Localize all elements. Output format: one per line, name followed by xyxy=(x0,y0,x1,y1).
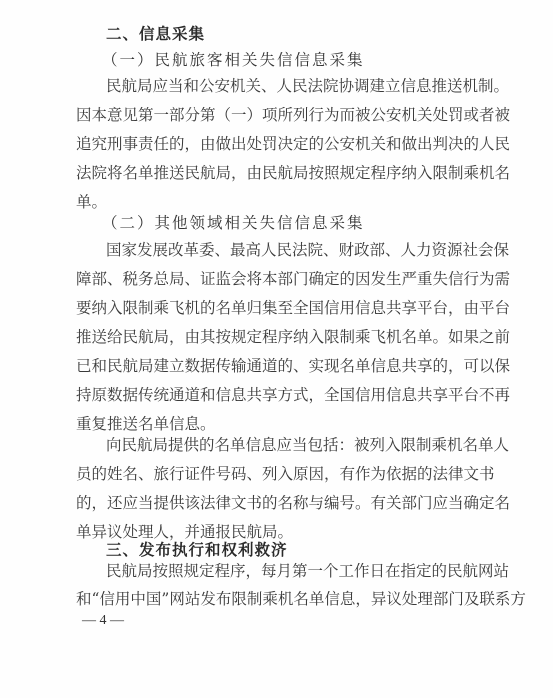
paragraph-line: 重复推送名单信息。 xyxy=(76,414,472,434)
paragraph-line: 向民航局提供的名单信息应当包括：被列入限制乘机名单人 xyxy=(106,435,472,455)
paragraph-line: 已和民航局建立数据传输通道的、实现名单信息共享的，可以保 xyxy=(76,356,472,376)
paragraph-line: 推送给民航局，由其按规定程序纳入限制乘飞机名单。如果之前 xyxy=(76,327,472,347)
paragraph-line: 持原数据传统通道和信息共享方式，全国信用信息共享平台不再 xyxy=(76,385,472,405)
paragraph-line: 因本意见第一部分第（一）项所列行为而被公安机关处罚或者被 xyxy=(76,105,472,125)
page-number: — 4 — xyxy=(82,613,124,629)
section-heading-publish-remedy: 三、发布执行和权利救济 xyxy=(106,538,288,560)
section-heading-information-collection: 二、信息采集 xyxy=(106,22,205,44)
paragraph-line: 的，还应当提供该法律文书的名称与编号。有关部门应当确定名 xyxy=(76,493,472,513)
paragraph-line: 民航局按照规定程序，每月第一个工作日在指定的民航网站 xyxy=(106,561,472,581)
paragraph-line: 民航局应当和公安机关、人民法院协调建立信息推送机制。 xyxy=(106,76,472,96)
paragraph-line: 法院将名单推送民航局，由民航局按照规定程序纳入限制乘机名 xyxy=(76,163,472,183)
paragraph-line: 要纳入限制乘飞机的名单归集至全国信用信息共享平台，由平台 xyxy=(76,298,472,318)
paragraph-line: 单。 xyxy=(76,192,472,212)
subsection-heading-passenger-info: （一）民航旅客相关失信信息采集 xyxy=(102,48,365,70)
paragraph-line: 障部、税务总局、证监会将本部门确定的因发生严重失信行为需 xyxy=(76,269,472,289)
document-page: 二、信息采集 （一）民航旅客相关失信信息采集 民航局应当和公安机关、人民法院协调… xyxy=(0,0,553,698)
paragraph-line: 追究刑事责任的，由做出处罚决定的公安机关和做出判决的人民 xyxy=(76,134,472,154)
subsection-heading-other-fields: （二）其他领域相关失信信息采集 xyxy=(102,211,365,233)
paragraph-line: 员的姓名、旅行证件号码、列入原因，有作为依据的法律文书 xyxy=(76,464,472,484)
paragraph-line: 和“信用中国”网站发布限制乘机名单信息，异议处理部门及联系方 xyxy=(76,589,472,609)
paragraph-line: 国家发展改革委、最高人民法院、财政部、人力资源社会保 xyxy=(106,240,472,260)
